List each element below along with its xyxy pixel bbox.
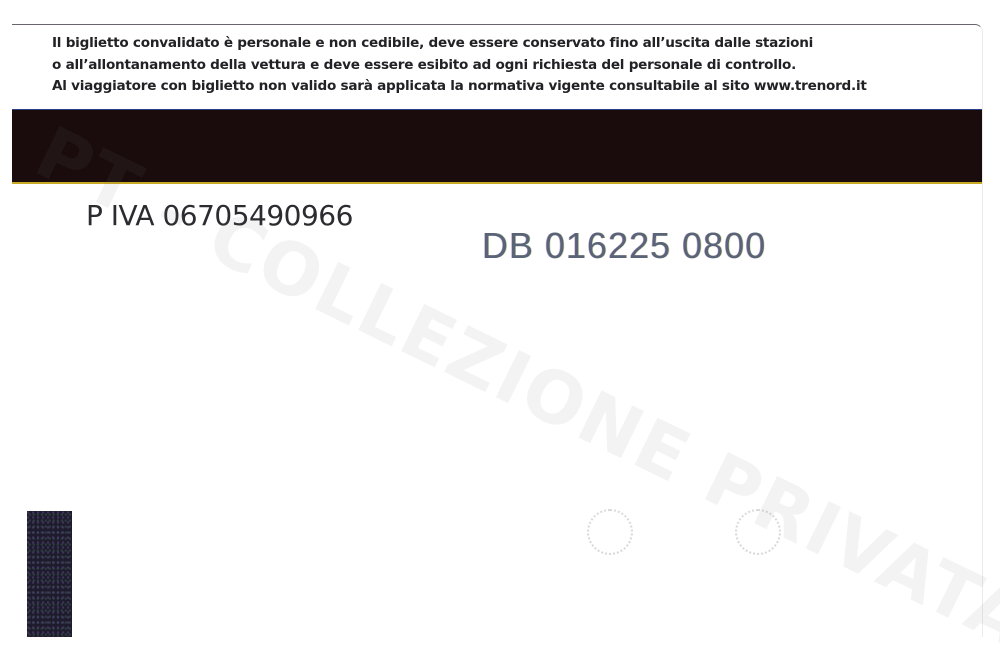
dotted-circle-mark (735, 509, 781, 555)
vat-number: P IVA 06705490966 (86, 199, 353, 232)
magnetic-stripe (12, 109, 982, 184)
validation-strip (27, 511, 72, 637)
terms-text-block: Il biglietto convalidato è personale e n… (52, 33, 972, 98)
terms-line-1: Il biglietto convalidato è personale e n… (52, 33, 972, 55)
serial-code: DB 016225 0800 (482, 225, 766, 267)
dotted-circle-mark (587, 509, 633, 555)
terms-line-2: o all’allontanamento della vettura e dev… (52, 55, 972, 77)
terms-line-3: Al viaggiatore con biglietto non valido … (52, 76, 972, 98)
ticket-scan: Il biglietto convalidato è personale e n… (0, 0, 1000, 666)
ticket-card: Il biglietto convalidato è personale e n… (12, 24, 983, 637)
